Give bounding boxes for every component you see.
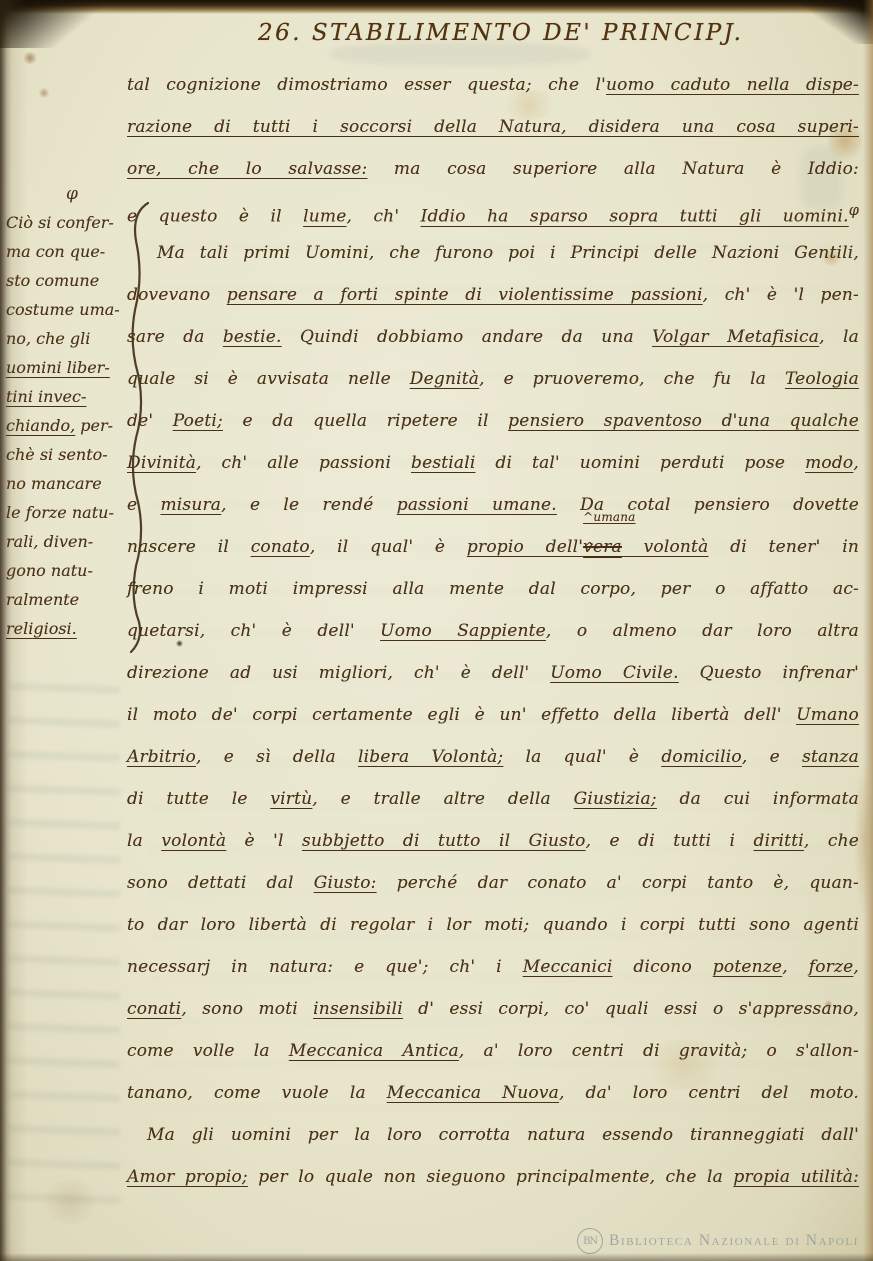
text-segment: tal cognizione dimostriamo esser questa;… — [127, 75, 606, 95]
text-segment: la — [127, 831, 161, 851]
text-segment: conati — [127, 999, 181, 1019]
text-segment: , o almeno dar loro altra — [546, 621, 859, 641]
text-line: tanano, come vuole la Meccanica Nuova, d… — [127, 1072, 859, 1114]
text-line: quetarsi, ch' è dell' Uomo Sappiente, o … — [127, 610, 859, 652]
text-segment: nascere il — [127, 537, 251, 557]
text-segment: di tener' in — [708, 537, 859, 557]
inserted-word: ^umana — [583, 511, 635, 523]
text-segment: tini invec- — [6, 387, 86, 406]
page-edge-right — [863, 0, 873, 1261]
text-segment: per- — [75, 416, 113, 435]
text-segment: Quindi dobbiamo andare da una — [282, 327, 652, 347]
page-edge-top — [0, 0, 873, 14]
text-segment: è 'l — [226, 831, 302, 851]
text-segment: to dar loro libertà di regolar i lor mot… — [127, 915, 859, 935]
text-line: razione di tutti i soccorsi della Natura… — [127, 106, 859, 148]
text-segment: religiosi. — [6, 619, 77, 638]
text-segment: forze — [809, 957, 854, 977]
text-segment: stanza — [802, 747, 859, 767]
text-segment: sare da — [127, 327, 223, 347]
text-segment: , ch' alle passioni — [196, 453, 411, 473]
text-line: di tutte le virtù, e tralle altre della … — [127, 778, 859, 820]
text-segment: gono natu- — [6, 561, 93, 580]
text-segment: ore, che lo salvasse: — [127, 159, 367, 179]
text-segment: Ma gli uomini per la loro corrotta natur… — [147, 1125, 859, 1145]
text-segment: sono dettati dal — [127, 873, 314, 893]
page-corner — [787, 0, 873, 44]
text-line: necessarj in natura: e que'; ch' i Mecca… — [127, 946, 859, 988]
text-line: quale si è avvisata nelle Degnità, e pru… — [127, 358, 859, 400]
text-segment: , e di tutti i — [586, 831, 754, 851]
text-segment: , ch' è 'l pen- — [703, 285, 859, 305]
text-line: freno i moti impressi alla mente dal cor… — [127, 568, 859, 610]
text-segment: perché dar conato a' corpi tanto è, quan… — [377, 873, 859, 893]
text-line: sono dettati dal Giusto: perché dar cona… — [127, 862, 859, 904]
text-segment: dicono — [613, 957, 713, 977]
text-segment: , — [853, 453, 859, 473]
main-text-block: tal cognizione dimostriamo esser questa;… — [127, 64, 859, 1198]
text-segment: insensibili — [313, 999, 403, 1019]
margin-note-line: tini invec- — [6, 382, 126, 411]
text-segment: Questo infrenar' — [679, 663, 859, 683]
text-segment: , e — [742, 747, 802, 767]
text-segment: de' — [127, 411, 173, 431]
text-line: la volontà è 'l subbjetto di tutto il Gi… — [127, 820, 859, 862]
text-segment: potenze — [713, 957, 782, 977]
text-segment: libera Volontà; — [358, 747, 503, 767]
text-segment: tanano, come vuole la — [127, 1083, 387, 1103]
text-segment: , la — [819, 327, 859, 347]
text-segment: pensiero spaventoso d'una qualche — [508, 411, 859, 431]
text-segment: razione di tutti i soccorsi della Natura… — [127, 117, 859, 137]
stamp-monogram: BN — [583, 1236, 597, 1247]
text-segment: di tutte le — [127, 789, 270, 809]
text-segment: freno i moti impressi alla mente dal cor… — [127, 579, 859, 599]
text-segment: direzione ad usi migliori, ch' è dell' — [127, 663, 550, 683]
text-line: ore, che lo salvasse: ma cosa superiore … — [127, 148, 859, 190]
library-stamp: BN Biblioteca Nazionale di Napoli — [577, 1228, 859, 1254]
text-segment: misura — [160, 495, 221, 515]
page-edge-bottom — [0, 1253, 873, 1261]
text-segment: chè si sento- — [6, 445, 108, 464]
text-segment: per lo quale non sieguono principalmente… — [248, 1167, 734, 1187]
text-segment: rali, diven- — [6, 532, 93, 551]
text-line: to dar loro libertà di regolar i lor mot… — [127, 904, 859, 946]
text-segment: , e le rendé — [221, 495, 397, 515]
text-segment: Ma tali primi Uomini, che furono poi i P… — [157, 243, 859, 263]
verso-showthrough — [8, 660, 120, 1220]
text-segment: volontà — [622, 537, 709, 557]
text-segment: e da quella ripetere il — [223, 411, 508, 431]
text-segment: d' essi corpi, co' quali essi o s'appres… — [403, 999, 859, 1019]
text-segment: no mancare — [6, 474, 102, 493]
text-segment: ma cosa superiore alla Natura è Iddio: — [367, 159, 859, 179]
text-segment: ralmente — [6, 590, 79, 609]
margin-note-line: ralmente — [6, 585, 126, 614]
stain — [22, 52, 38, 64]
insertion-mark: φ — [849, 203, 859, 219]
text-segment: passioni umane. — [397, 495, 557, 515]
text-segment: le forze natu- — [6, 503, 114, 522]
margin-note-line: gono natu- — [6, 556, 126, 585]
text-segment: propio dell' — [467, 537, 583, 557]
text-line: e misura, e le rendé passioni umane. Da … — [127, 484, 859, 526]
text-segment: e — [127, 495, 160, 515]
text-segment: costume uma- — [6, 300, 120, 319]
text-line: Arbitrio, e sì della libera Volontà; la … — [127, 736, 859, 778]
text-segment: no, che gli — [6, 329, 90, 348]
text-segment: come volle la — [127, 1041, 289, 1061]
text-segment: Poeti; — [173, 411, 223, 431]
text-segment: Divinità — [127, 453, 196, 473]
margin-note-line: rali, diven- — [6, 527, 126, 556]
text-segment: modo — [805, 453, 853, 473]
text-segment: Teologia — [785, 369, 859, 389]
text-line: sare da bestie. Quindi dobbiamo andare d… — [127, 316, 859, 358]
text-segment: , sono moti — [181, 999, 313, 1019]
text-segment: pensare a forti spinte di violentissime … — [227, 285, 703, 305]
margin-note-line: chiando, per- — [6, 411, 126, 440]
text-segment: necessarj in natura: e que'; ch' i — [127, 957, 523, 977]
margin-note-line: no, che gli — [6, 324, 126, 353]
text-segment: di tal' uomini perduti pose — [476, 453, 806, 473]
text-segment: diritti — [754, 831, 804, 851]
margin-note-line: costume uma- — [6, 295, 126, 324]
margin-note-line: ma con que- — [6, 237, 126, 266]
text-segment: quetarsi, ch' è dell' — [127, 621, 380, 641]
margin-note-line: Ciò si confer- — [6, 208, 126, 237]
text-segment: , — [853, 957, 859, 977]
stain — [38, 1180, 102, 1224]
text-segment: quale si è avvisata nelle — [127, 369, 410, 389]
text-segment: Giustizia; — [574, 789, 657, 809]
text-segment: bestie. — [223, 327, 282, 347]
page-corner — [0, 0, 130, 48]
text-segment: Uomo Civile. — [550, 663, 678, 683]
text-line: il moto de' corpi certamente egli è un' … — [127, 694, 859, 736]
margin-note-line: sto comune — [6, 266, 126, 295]
margin-note-line: le forze natu- — [6, 498, 126, 527]
text-segment: propia utilità: — [733, 1167, 859, 1187]
text-segment: uomini liber- — [6, 358, 110, 377]
text-segment: Meccanici — [523, 957, 613, 977]
caret-mark: ^ — [585, 542, 594, 552]
text-segment: subbjetto di tutto il Giusto — [302, 831, 586, 851]
stamp-monogram-icon: BN — [577, 1228, 603, 1254]
text-segment: Uomo Sappiente — [380, 621, 546, 641]
margin-note-line: uomini liber- — [6, 353, 126, 382]
text-segment: , ch' — [347, 207, 421, 227]
text-segment: Degnità — [410, 369, 479, 389]
stain — [38, 88, 50, 98]
text-segment: Amor propio; — [127, 1167, 248, 1187]
text-line: Divinità, ch' alle passioni bestiali di … — [127, 442, 859, 484]
text-segment: Iddio ha sparso sopra tutti gli uomini. — [421, 207, 849, 227]
text-segment: la qual' è — [503, 747, 661, 767]
text-segment: Ciò si confer- — [6, 213, 114, 232]
renvoi-mark: φ — [66, 184, 78, 204]
text-line: de' Poeti; e da quella ripetere il pensi… — [127, 400, 859, 442]
text-segment: , da' loro centri del moto. — [559, 1083, 859, 1103]
text-segment: lume — [303, 207, 346, 227]
page-title: 26. STABILIMENTO DE' PRINCIPJ. — [258, 20, 743, 46]
text-segment: il moto de' corpi certamente egli è un' … — [127, 705, 796, 725]
text-segment: conato — [251, 537, 310, 557]
text-line: come volle la Meccanica Antica, a' loro … — [127, 1030, 859, 1072]
text-segment: volontà — [161, 831, 226, 851]
margin-note: Ciò si confer-ma con que-sto comunecostu… — [6, 208, 126, 643]
text-line: dovevano pensare a forti spinte di viole… — [127, 274, 859, 316]
text-segment: , il qual' è — [310, 537, 467, 557]
correction: ^umanavera^ — [583, 526, 622, 568]
margin-note-line: religiosi. — [6, 614, 126, 643]
text-segment: dovevano — [127, 285, 227, 305]
text-segment: da cui informata — [657, 789, 859, 809]
text-line: Ma tali primi Uomini, che furono poi i P… — [127, 232, 859, 274]
text-segment: , e sì della — [196, 747, 358, 767]
text-segment: ma con que- — [6, 242, 105, 261]
text-segment: , e pruoveremo, che fu la — [479, 369, 785, 389]
text-segment: Volgar Metafisica — [652, 327, 819, 347]
text-segment: , che — [804, 831, 859, 851]
text-segment: Meccanica Nuova — [387, 1083, 559, 1103]
text-segment: domicilio — [661, 747, 742, 767]
margin-note-line: no mancare — [6, 469, 126, 498]
text-line: nascere il conato, il qual' è propio del… — [127, 526, 859, 568]
text-segment: , a' loro centri di gravità; o s'allon- — [459, 1041, 859, 1061]
text-segment: uomo caduto nella dispe- — [606, 75, 859, 95]
text-line: direzione ad usi migliori, ch' è dell' U… — [127, 652, 859, 694]
text-segment: Giusto: — [314, 873, 377, 893]
stamp-label: Biblioteca Nazionale di Napoli — [609, 1232, 859, 1250]
text-line: Ma gli uomini per la loro corrotta natur… — [127, 1114, 859, 1156]
text-segment: Arbitrio — [127, 747, 196, 767]
text-segment: sto comune — [6, 271, 99, 290]
text-segment: , — [782, 957, 809, 977]
text-segment: virtù — [270, 789, 312, 809]
stain — [386, 0, 414, 10]
text-segment: Umano — [796, 705, 859, 725]
text-segment: , e tralle altre della — [312, 789, 573, 809]
text-line: conati, sono moti insensibili d' essi co… — [127, 988, 859, 1030]
text-segment: bestiali — [411, 453, 476, 473]
text-segment: Meccanica Antica — [289, 1041, 459, 1061]
text-line: Amor propio; per lo quale non sieguono p… — [127, 1156, 859, 1198]
text-segment: e questo è il — [127, 207, 303, 227]
manuscript-page: 26. STABILIMENTO DE' PRINCIPJ. φ Ciò si … — [0, 0, 873, 1261]
margin-note-line: chè si sento- — [6, 440, 126, 469]
text-line: tal cognizione dimostriamo esser questa;… — [127, 64, 859, 106]
text-segment: chiando, — [6, 416, 75, 435]
text-line: e questo è il lume, ch' Iddio ha sparso … — [127, 190, 859, 232]
